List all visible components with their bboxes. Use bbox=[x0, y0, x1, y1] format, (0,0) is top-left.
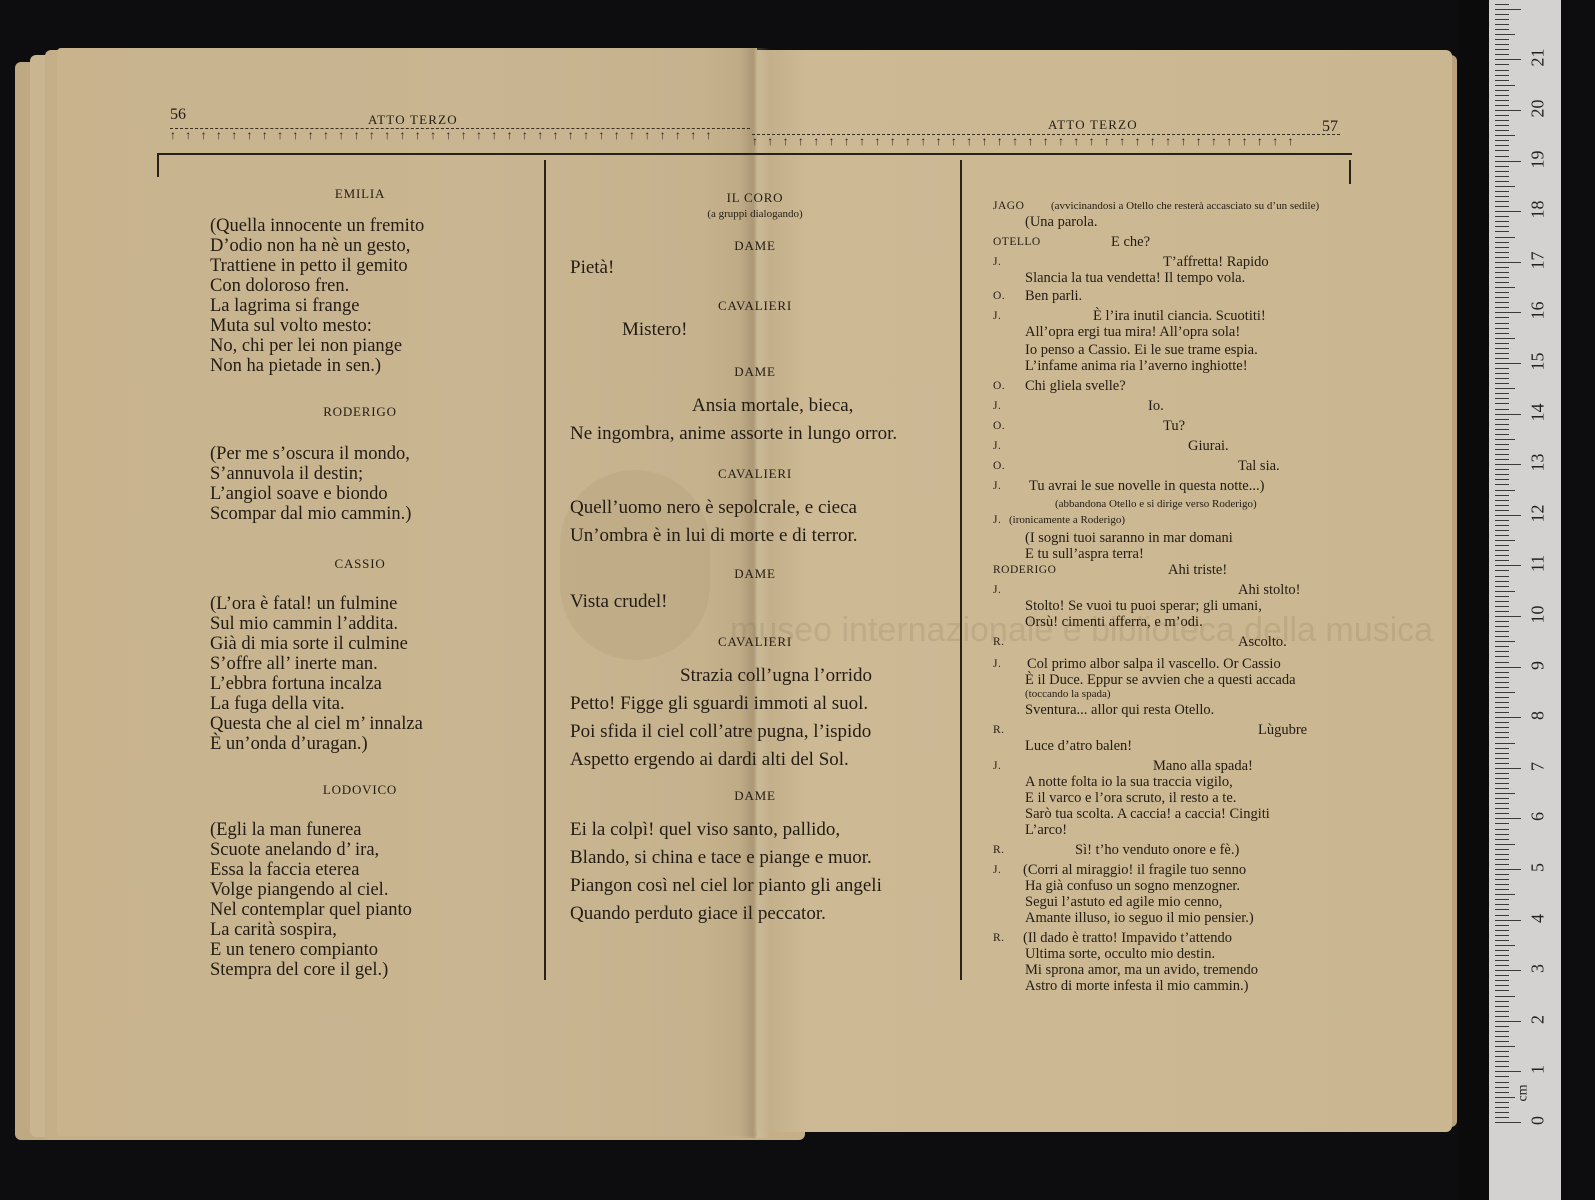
verse-line: Vista crudel! bbox=[570, 588, 940, 634]
dialogue-line: J.Col primo albor salpa il vascello. Or … bbox=[993, 656, 1353, 672]
ruler-label: 11 bbox=[1528, 549, 1549, 579]
ruler-tick bbox=[1495, 479, 1509, 480]
ruler-label: 12 bbox=[1528, 498, 1549, 528]
speaker-tag: O. bbox=[993, 418, 1005, 434]
ruler-tick bbox=[1495, 454, 1509, 455]
ruler-tick bbox=[1495, 1071, 1521, 1072]
ruler-tick bbox=[1495, 403, 1509, 404]
ruler-tick bbox=[1495, 216, 1509, 217]
ruler-tick bbox=[1495, 899, 1509, 900]
verse-block: (Quella innocente un fremito D’odio non … bbox=[210, 216, 510, 376]
ruler-tick bbox=[1495, 1061, 1509, 1062]
ruler-tick bbox=[1495, 201, 1509, 202]
ruler-tick bbox=[1495, 434, 1509, 435]
dialogue-line: R.Sì! t’ho venduto onore e fè.) bbox=[993, 842, 1353, 858]
ruler-tick bbox=[1495, 611, 1509, 612]
verse-line: La lagrima si frange bbox=[210, 296, 510, 316]
speaker-tag: RODERIGO bbox=[993, 562, 1056, 578]
ruler-tick bbox=[1495, 960, 1509, 961]
verse-line: Ne ingombra, anime assorte in lungo orro… bbox=[570, 420, 940, 466]
verse-line: (Per me s’oscura il mondo, bbox=[210, 444, 510, 464]
ruler-tick bbox=[1495, 1046, 1515, 1047]
ruler-tick bbox=[1495, 889, 1509, 890]
speaker-tag: J. bbox=[993, 758, 1001, 774]
dialogue-line: J.Mano alla spada! bbox=[993, 758, 1353, 774]
ruler-tick bbox=[1495, 687, 1509, 688]
ruler-tick bbox=[1495, 176, 1509, 177]
dialogue-text: Slancia la tua vendetta! Il tempo vola. bbox=[1025, 270, 1245, 286]
ruler-tick bbox=[1495, 748, 1509, 749]
verse-line: Con doloroso fren. bbox=[210, 276, 510, 296]
ruler-tick bbox=[1495, 1051, 1509, 1052]
dialogue-line: (Una parola. bbox=[993, 214, 1353, 230]
dialogue-text: Stolto! Se vuoi tu puoi sperar; gli uman… bbox=[1025, 598, 1262, 614]
ruler-tick bbox=[1495, 707, 1509, 708]
verse-line: La carità sospira, bbox=[210, 920, 510, 940]
ruler-tick bbox=[1495, 1036, 1509, 1037]
verse-line: (Egli la man funerea bbox=[210, 820, 510, 840]
verse-line: Strazia coll’ugna l’orrido bbox=[570, 662, 940, 690]
dialogue-line: E il varco e l’ora scruto, il resto a te… bbox=[993, 790, 1353, 806]
ruler-tick bbox=[1495, 252, 1509, 253]
verse-line: Sul mio cammin l’addita. bbox=[210, 614, 510, 634]
ruler-tick bbox=[1495, 323, 1509, 324]
ruler-tick bbox=[1495, 570, 1509, 571]
rule-bracket-left bbox=[157, 153, 159, 177]
ruler-tick bbox=[1495, 130, 1509, 131]
dialogue-line: Luce d’atro balen! bbox=[993, 738, 1353, 754]
speaker-name: DAME bbox=[570, 238, 940, 258]
ruler-tick bbox=[1495, 1066, 1509, 1067]
ruler-label: 0 bbox=[1528, 1106, 1549, 1136]
ruler-tick bbox=[1495, 237, 1515, 238]
verse-line: Blando, si china e tace e piange e muor. bbox=[570, 844, 940, 872]
ruler-tick bbox=[1495, 459, 1509, 460]
ruler-tick bbox=[1495, 34, 1515, 35]
dialogue-text: Ascolto. bbox=[1238, 634, 1287, 650]
dialogue-text: (I sogni tuoi saranno in mar domani bbox=[1025, 530, 1233, 546]
dialogue-text: È l’ira inutil ciancia. Scuotiti! bbox=[1093, 308, 1266, 324]
speaker-tag: J. bbox=[993, 308, 1001, 324]
ruler-tick bbox=[1495, 277, 1509, 278]
ruler-tick bbox=[1495, 1056, 1509, 1057]
ruler-tick bbox=[1495, 606, 1509, 607]
ruler-tick bbox=[1495, 722, 1509, 723]
ruler-tick bbox=[1495, 980, 1509, 981]
verse-line: S’offre all’ inerte man. bbox=[210, 654, 510, 674]
ruler-tick bbox=[1495, 1026, 1509, 1027]
speaker-tag: J. bbox=[993, 656, 1001, 672]
ruler-tick bbox=[1495, 474, 1509, 475]
ruler-tick bbox=[1495, 226, 1509, 227]
ruler-tick bbox=[1495, 115, 1509, 116]
ruler-tick bbox=[1495, 950, 1509, 951]
ruler-tick bbox=[1495, 4, 1509, 5]
ruler-label: 5 bbox=[1528, 853, 1549, 883]
verse-line: È un’onda d’uragan.) bbox=[210, 734, 510, 754]
verse-block: (Egli la man funerea Scuote anelando d’ … bbox=[210, 820, 510, 980]
ruler-tick bbox=[1495, 500, 1509, 501]
ruler-tick bbox=[1495, 985, 1509, 986]
dialogue-text: L’infame anima ria l’averno inghiotte! bbox=[1025, 358, 1248, 374]
speaker-name: CASSIO bbox=[210, 556, 510, 594]
dialogue-text: (Il dado è tratto! Impavido t’attendo bbox=[1023, 930, 1232, 946]
dialogue-text: (Una parola. bbox=[1025, 214, 1097, 230]
ruler-tick bbox=[1495, 1006, 1509, 1007]
ruler-tick bbox=[1495, 940, 1509, 941]
dialogue-text: Luce d’atro balen! bbox=[1025, 738, 1132, 754]
ruler-tick bbox=[1495, 545, 1509, 546]
ruler-tick bbox=[1495, 247, 1509, 248]
dialogue-line: R.Lùgubre bbox=[993, 722, 1353, 738]
ruler-tick bbox=[1495, 1011, 1509, 1012]
ruler-tick bbox=[1495, 105, 1509, 106]
ruler-label: 8 bbox=[1528, 701, 1549, 731]
ruler-tick bbox=[1495, 672, 1509, 673]
ruler-tick bbox=[1495, 869, 1521, 870]
ruler-tick bbox=[1495, 581, 1509, 582]
dialogue-text: E tu sull’aspra terra! bbox=[1025, 546, 1144, 562]
verse-line: Ansia mortale, bieca, bbox=[570, 392, 940, 420]
ruler-tick bbox=[1495, 520, 1509, 521]
dialogue-line: Io penso a Cassio. Ei le sue trame espia… bbox=[993, 342, 1353, 358]
verse-block: (L’ora è fatal! un fulmine Sul mio cammi… bbox=[210, 594, 510, 754]
ruler-tick bbox=[1495, 1122, 1521, 1123]
dialogue-line: (I sogni tuoi saranno in mar domani bbox=[993, 530, 1353, 546]
ruler-tick bbox=[1495, 768, 1521, 769]
ruler-tick bbox=[1495, 682, 1509, 683]
ruler-tick bbox=[1495, 110, 1521, 111]
ruler-tick bbox=[1495, 312, 1521, 313]
dialogue-text: Giurai. bbox=[1188, 438, 1229, 454]
ruler-tick bbox=[1495, 29, 1509, 30]
ruler-tick bbox=[1495, 24, 1509, 25]
ruler-label: 4 bbox=[1528, 903, 1549, 933]
ruler-tick bbox=[1495, 808, 1509, 809]
ruler-tick bbox=[1495, 859, 1509, 860]
dialogue-text: Ahi triste! bbox=[1168, 562, 1227, 578]
speaker-name: CAVALIERI bbox=[570, 634, 940, 662]
ruler-tick bbox=[1495, 257, 1509, 258]
ruler-tick bbox=[1495, 44, 1509, 45]
ruler-label: 16 bbox=[1528, 296, 1549, 326]
dialogue-line: J.Tu avrai le sue novelle in questa nott… bbox=[993, 478, 1353, 494]
ruler-tick bbox=[1495, 383, 1509, 384]
ruler-tick bbox=[1495, 206, 1509, 207]
ruler-tick bbox=[1495, 1031, 1509, 1032]
ruler-tick bbox=[1495, 135, 1515, 136]
ruler-tick bbox=[1495, 272, 1509, 273]
rule-bracket-right bbox=[1349, 160, 1351, 184]
ruler-tick bbox=[1495, 758, 1509, 759]
ruler-tick bbox=[1495, 393, 1509, 394]
verse-line: Quando perduto giace il peccator. bbox=[570, 900, 940, 928]
ruler-tick bbox=[1495, 646, 1509, 647]
dialogue-text: Mi sprona amor, ma un avido, tremendo bbox=[1025, 962, 1258, 978]
ruler-tick bbox=[1495, 555, 1509, 556]
ruler-tick bbox=[1495, 1107, 1509, 1108]
ruler-tick bbox=[1495, 181, 1509, 182]
dialogue-line: Segui l’astuto ed agile mio cenno, bbox=[993, 894, 1353, 910]
ruler-label: 1 bbox=[1528, 1055, 1549, 1085]
ruler-tick bbox=[1495, 317, 1509, 318]
ruler-tick bbox=[1495, 904, 1509, 905]
ruler-label: 14 bbox=[1528, 397, 1549, 427]
measurement-ruler: 0123456789101112131415161718192021 bbox=[1489, 0, 1561, 1200]
ruler-tick bbox=[1495, 282, 1509, 283]
dialogue-text: T’affretta! Rapido bbox=[1163, 254, 1269, 270]
ruler-tick bbox=[1495, 211, 1521, 212]
dialogue-line: Astro di morte infesta il mio cammin.) bbox=[993, 978, 1353, 994]
dialogue-text: Sventura... allor qui resta Otello. bbox=[1025, 702, 1214, 718]
stage-direction: (avvicinandosi a Otello che resterà acca… bbox=[1051, 198, 1319, 214]
stage-direction: (abbandona Otello e si dirige verso Rode… bbox=[1055, 496, 1257, 512]
ruler-tick bbox=[1495, 849, 1509, 850]
ruler-tick bbox=[1495, 469, 1509, 470]
ruler-tick bbox=[1495, 1001, 1509, 1002]
ruler-tick bbox=[1495, 419, 1509, 420]
dialogue-line: (abbandona Otello e si dirige verso Rode… bbox=[993, 496, 1353, 512]
ruler-tick bbox=[1495, 414, 1521, 415]
ruler-tick bbox=[1495, 1097, 1515, 1098]
ruler-tick bbox=[1495, 854, 1509, 855]
ruler-tick bbox=[1495, 788, 1509, 789]
ruler-tick bbox=[1495, 803, 1509, 804]
verse-line: Un’ombra è in lui di morte e di terror. bbox=[570, 522, 940, 566]
ruler-tick bbox=[1495, 884, 1509, 885]
speaker-tag: J. bbox=[993, 254, 1001, 270]
ruler-tick bbox=[1495, 874, 1509, 875]
speaker-name: EMILIA bbox=[210, 186, 510, 216]
verse-line: E un tenero compianto bbox=[210, 940, 510, 960]
ruler-tick bbox=[1495, 920, 1521, 921]
ruler-tick bbox=[1495, 363, 1521, 364]
verse-line: (L’ora è fatal! un fulmine bbox=[210, 594, 510, 614]
ruler-label: 9 bbox=[1528, 650, 1549, 680]
dialogue-line: OTELLOE che? bbox=[993, 234, 1353, 250]
dialogue-line: J.È l’ira inutil ciancia. Scuotiti! bbox=[993, 308, 1353, 324]
dialogue-text: Ultima sorte, occulto mio destin. bbox=[1025, 946, 1215, 962]
center-column: IL CORO (a gruppi dialogando) DAME Pietà… bbox=[570, 190, 940, 928]
running-head-right: ATTO TERZO bbox=[1048, 117, 1138, 133]
dialogue-line: O.Tu? bbox=[993, 418, 1353, 434]
ruler-tick bbox=[1495, 262, 1521, 263]
dialogue-text: All’opra ergi tua mira! All’opra sola! bbox=[1025, 324, 1240, 340]
ruler-label: 17 bbox=[1528, 245, 1549, 275]
ruler-tick bbox=[1495, 150, 1509, 151]
dialogue-text: Lùgubre bbox=[1258, 722, 1307, 738]
ruler-label: 18 bbox=[1528, 195, 1549, 225]
ruler-tick bbox=[1495, 894, 1515, 895]
ruler-tick bbox=[1495, 161, 1521, 162]
speaker-name: DAME bbox=[570, 566, 940, 588]
stage-direction: (ironicamente a Roderigo) bbox=[1009, 512, 1125, 528]
ruler-tick bbox=[1495, 54, 1509, 55]
ruler-label: 21 bbox=[1528, 43, 1549, 73]
ruler-tick bbox=[1495, 945, 1515, 946]
ruler-tick bbox=[1495, 915, 1509, 916]
verse-line: Essa la faccia eterea bbox=[210, 860, 510, 880]
ruler-tick bbox=[1495, 424, 1509, 425]
ruler-tick bbox=[1495, 1092, 1509, 1093]
dialogue-line: O.Chi gliela svelle? bbox=[993, 378, 1353, 394]
ruler-tick bbox=[1495, 844, 1515, 845]
ruler-tick bbox=[1495, 1087, 1509, 1088]
ruler-tick bbox=[1495, 621, 1509, 622]
ruler-label: 2 bbox=[1528, 1004, 1549, 1034]
dialogue-line: J.(Corri al miraggio! il fragile tuo sen… bbox=[993, 862, 1353, 878]
ruler-tick bbox=[1495, 818, 1521, 819]
ruler-tick bbox=[1495, 737, 1509, 738]
verse-line: No, chi per lei non piange bbox=[210, 336, 510, 356]
dialogue-text: Chi gliela svelle? bbox=[1025, 378, 1126, 394]
ruler-tick bbox=[1495, 641, 1515, 642]
verse-line: Aspetto ergendo ai dardi alti del Sol. bbox=[570, 746, 940, 788]
ruler-tick bbox=[1495, 631, 1509, 632]
dialogue-text: Ha già confuso un sogno menzogner. bbox=[1025, 878, 1240, 894]
ruler-tick bbox=[1495, 125, 1509, 126]
ruler-tick bbox=[1495, 64, 1509, 65]
ruler-unit-label: cm bbox=[1516, 1084, 1532, 1101]
ruler-tick bbox=[1495, 970, 1521, 971]
dialogue-line: L’infame anima ria l’averno inghiotte! bbox=[993, 358, 1353, 374]
ruler-tick bbox=[1495, 530, 1509, 531]
ruler-tick bbox=[1495, 591, 1515, 592]
ruler-tick bbox=[1495, 965, 1509, 966]
ruler-tick bbox=[1495, 196, 1509, 197]
ruler-tick bbox=[1495, 59, 1521, 60]
verse-line: Scuote anelando d’ ira, bbox=[210, 840, 510, 860]
dialogue-text: (Corri al miraggio! il fragile tuo senno bbox=[1023, 862, 1246, 878]
dialogue-line: RODERIGOAhi triste! bbox=[993, 562, 1353, 578]
stage-direction: (toccando la spada) bbox=[1025, 686, 1111, 702]
dialogue-text: Io. bbox=[1148, 398, 1164, 414]
ruler-tick bbox=[1495, 626, 1509, 627]
ruler-tick bbox=[1495, 712, 1509, 713]
ruler-tick bbox=[1495, 667, 1521, 668]
ruler-tick bbox=[1495, 773, 1509, 774]
verse-line: Ei la colpì! quel viso santo, pallido, bbox=[570, 816, 940, 844]
ruler-tick bbox=[1495, 444, 1509, 445]
dialogue-text: Sarò tua scolta. A caccia! a caccia! Cin… bbox=[1025, 806, 1270, 822]
ruler-tick bbox=[1495, 328, 1509, 329]
speaker-name: DAME bbox=[570, 364, 940, 392]
verse-line: L’angiol soave e biondo bbox=[210, 484, 510, 504]
ruler-tick bbox=[1495, 191, 1509, 192]
ruler-tick bbox=[1495, 813, 1509, 814]
ruler-tick bbox=[1495, 727, 1509, 728]
ruler-tick bbox=[1495, 398, 1509, 399]
dialogue-text: Ahi stolto! bbox=[1238, 582, 1300, 598]
ruler-tick bbox=[1495, 1112, 1509, 1113]
speaker-tag: R. bbox=[993, 634, 1005, 650]
verse-line: Muta sul volto mesto: bbox=[210, 316, 510, 336]
ruler-tick bbox=[1495, 490, 1515, 491]
verse-line: Mistero! bbox=[570, 320, 940, 364]
dialogue-text: Astro di morte infesta il mio cammin.) bbox=[1025, 978, 1249, 994]
ruler-tick bbox=[1495, 231, 1509, 232]
speaker-tag: O. bbox=[993, 378, 1005, 394]
ruler-tick bbox=[1495, 297, 1509, 298]
ruler-tick bbox=[1495, 358, 1509, 359]
ruler-tick bbox=[1495, 651, 1509, 652]
ruler-label: 10 bbox=[1528, 600, 1549, 630]
ruler-tick bbox=[1495, 409, 1509, 410]
ruler-tick bbox=[1495, 596, 1509, 597]
dialogue-line: O.Ben parli. bbox=[993, 288, 1353, 304]
speaker-name: LODOVICO bbox=[210, 782, 510, 820]
ruler-tick bbox=[1495, 242, 1509, 243]
dialogue-line: Slancia la tua vendetta! Il tempo vola. bbox=[993, 270, 1353, 286]
ruler-tick bbox=[1495, 879, 1509, 880]
ruler-tick bbox=[1495, 990, 1509, 991]
ruler-tick bbox=[1495, 702, 1509, 703]
ruler-tick bbox=[1495, 829, 1509, 830]
ruler-tick bbox=[1495, 368, 1509, 369]
dialogue-line: JAGO(avvicinandosi a Otello che resterà … bbox=[993, 198, 1353, 214]
dialogue-text: Ben parli. bbox=[1025, 288, 1082, 304]
verse-line: Quell’uomo nero è sepolcrale, e cieca bbox=[570, 494, 940, 522]
ruler-tick bbox=[1495, 763, 1509, 764]
ruler-tick bbox=[1495, 1016, 1509, 1017]
ruler-tick bbox=[1495, 505, 1509, 506]
ruler-tick bbox=[1495, 348, 1509, 349]
verse-line: Questa che al ciel m’ innalza bbox=[210, 714, 510, 734]
speaker-tag: J. bbox=[993, 438, 1001, 454]
ruler-tick bbox=[1495, 576, 1509, 577]
ruler-tick bbox=[1495, 1102, 1509, 1103]
ruler-tick bbox=[1495, 140, 1509, 141]
dialogue-line: J.Io. bbox=[993, 398, 1353, 414]
dialogue-line: E tu sull’aspra terra! bbox=[993, 546, 1353, 562]
ruler-tick bbox=[1495, 1041, 1509, 1042]
speaker-tag: R. bbox=[993, 930, 1005, 946]
ruler-tick bbox=[1495, 743, 1515, 744]
ruler-tick bbox=[1495, 834, 1509, 835]
dialogue-text: A notte folta io la sua traccia vigilo, bbox=[1025, 774, 1233, 790]
verse-line: La fuga della vita. bbox=[210, 694, 510, 714]
ruler-tick bbox=[1495, 535, 1509, 536]
ruler-tick bbox=[1495, 601, 1509, 602]
ruler-tick bbox=[1495, 955, 1509, 956]
verse-line: Petto! Figge gli sguardi immoti al suol. bbox=[570, 690, 940, 718]
ruler-tick bbox=[1495, 525, 1509, 526]
ruler-tick bbox=[1495, 221, 1509, 222]
dialogue-text: E che? bbox=[1111, 234, 1150, 250]
dialogue-line: J.T’affretta! Rapido bbox=[993, 254, 1353, 270]
chorus-heading: IL CORO bbox=[570, 190, 940, 208]
dialogue-text: Sì! t’ho venduto onore e fè.) bbox=[1075, 842, 1239, 858]
ruler-tick bbox=[1495, 515, 1521, 516]
dialogue-text: Tal sia. bbox=[1238, 458, 1280, 474]
verse-line: (Quella innocente un fremito bbox=[210, 216, 510, 236]
ruler-tick bbox=[1495, 565, 1521, 566]
ruler-tick bbox=[1495, 636, 1509, 637]
ruler-tick bbox=[1495, 85, 1515, 86]
ruler-tick bbox=[1495, 439, 1515, 440]
dialogue-line: Stolto! Se vuoi tu puoi sperar; gli uman… bbox=[993, 598, 1353, 614]
left-column: EMILIA (Quella innocente un fremito D’od… bbox=[210, 186, 510, 980]
ruler-tick bbox=[1495, 156, 1509, 157]
ruler-tick bbox=[1495, 925, 1509, 926]
dialogue-text: Orsù! cimenti afferra, e m’odi. bbox=[1025, 614, 1203, 630]
ruler-tick bbox=[1495, 120, 1509, 121]
speaker-tag: J. bbox=[993, 862, 1001, 878]
ruler-tick bbox=[1495, 429, 1509, 430]
dialogue-text: Amante illuso, io seguo il mio pensier.) bbox=[1025, 910, 1254, 926]
ruler-tick bbox=[1495, 378, 1509, 379]
ruler-tick bbox=[1495, 930, 1509, 931]
